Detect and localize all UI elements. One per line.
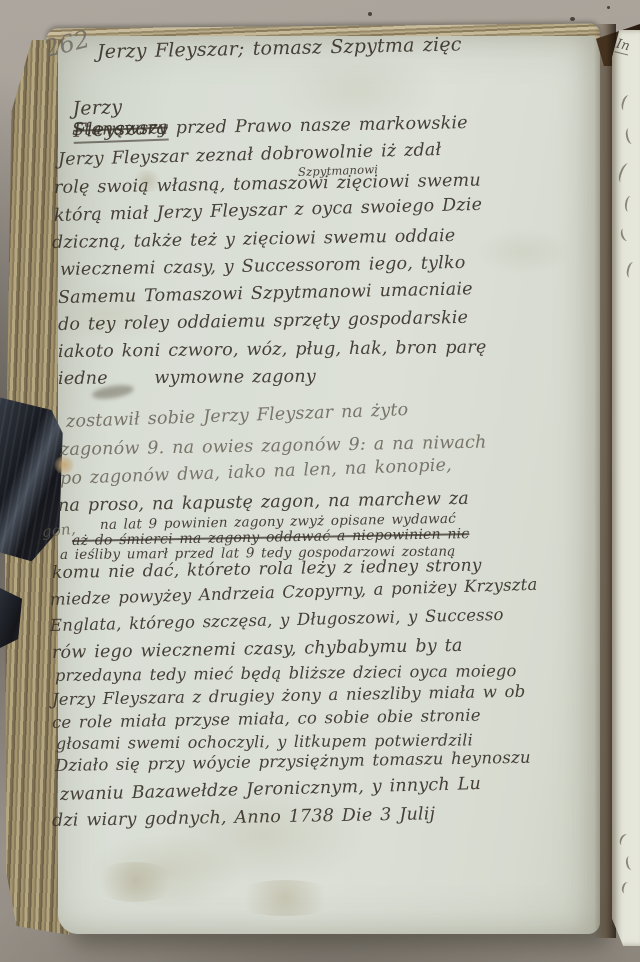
stain-spot: [230, 880, 340, 916]
dust-speck: [607, 6, 610, 9]
header-name-first: Jerzy: [72, 96, 122, 120]
dust-speck: [368, 12, 372, 16]
interline-insert: Szpytmanowi: [298, 163, 379, 179]
text-line: iedne wymowne zagony: [58, 367, 316, 389]
dust-speck: [570, 17, 575, 21]
photo-scene: In 262 Jerzy Fleyszar; tomasz Szpytma zi…: [0, 0, 640, 962]
stain-spot: [90, 862, 180, 902]
